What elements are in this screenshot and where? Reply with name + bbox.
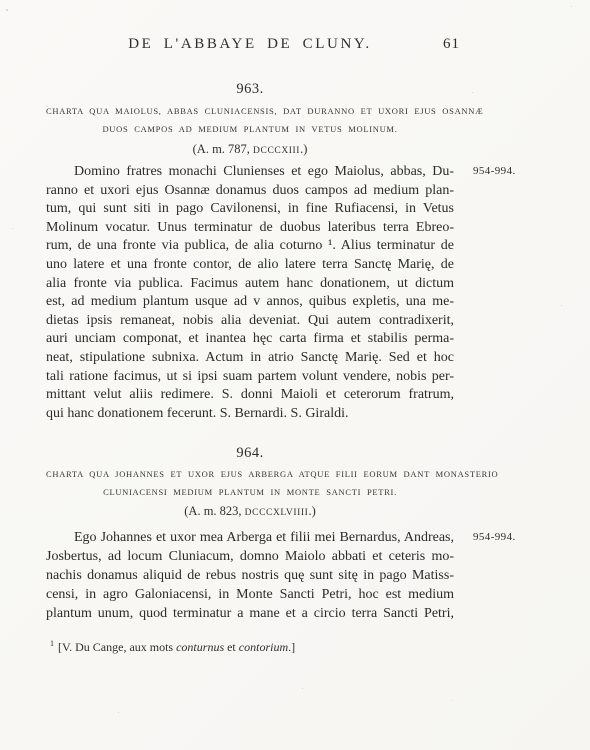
scan-speck [571,6,572,7]
charter-964-number: 964. [46,445,454,462]
charter-964-heading-line: CLUNIACENSI MEDIUM PLANTUM IN MONTE SANC… [46,483,454,501]
page-header: DE L'ABBAYE DE CLUNY. 61 [46,36,454,56]
body-line: Ego Johannes et uxor mea Arberga et fili… [46,528,454,547]
charter-963-heading-line: DUOS CAMPOS AD MEDIUM PLANTUM IN VETUS M… [46,120,454,138]
charter-963-date: (A. m. 787, DCCCXIII.) [46,142,454,157]
body-line: plantum unum, quod terminatur a mane et … [46,604,454,623]
scan-speck [561,305,562,306]
charter-963-heading: CHARTA QUA MAIOLUS, ABBAS CLUNIACENSIS, … [46,102,454,138]
margin-date-note: 954-994. [473,531,516,543]
body-line: uno latere et una fronte contor, de alio… [46,256,454,275]
book-page-scan: DE L'ABBAYE DE CLUNY. 61 963. CHARTA QUA… [0,0,590,750]
footnote-marker: 1 [50,639,54,648]
body-line: auri unciam componat, et inantea hęc car… [46,330,454,349]
body-line: dietas ipsis remaneat, nobis alia deveni… [46,312,454,331]
footnote: 1[V. Du Cange, aux mots conturnus et con… [50,639,295,655]
running-title: DE L'ABBAYE DE CLUNY. [46,36,454,53]
body-line: censi, in agro Galoniacensi, in Monte Sa… [46,585,454,604]
charter-964-heading: CHARTA QUA JOHANNES ET UXOR EJUS ARBERGA… [46,465,454,501]
date-suffix: .) [300,142,307,156]
body-line: rum, de una fronte via publica, de alia … [46,237,454,256]
charter-963-number: 963. [46,81,454,98]
body-line: est, ad medium plantum usque ad v annos,… [46,293,454,312]
charter-964-heading-line: CHARTA QUA JOHANNES ET UXOR EJUS ARBERGA… [46,465,454,483]
body-line: tali ratione facimus, ut si ipsi suam pa… [46,368,454,387]
body-line: qui hanc donationem fecerunt. S. Bernard… [46,405,454,424]
body-line: nachis donamus aliquid de rebus nostris … [46,566,454,585]
scan-speck [472,92,473,93]
page-number: 61 [443,36,460,53]
body-line: Domino fratres monachi Clunienses et ego… [46,163,454,182]
footnote-text-suffix: .] [288,640,295,654]
body-line: alia fronte via publica. Facimus autem h… [46,275,454,294]
charter-964-date: (A. m. 823, DCCCXLVIIII.) [46,504,454,519]
charter-963-body: Domino fratres monachi Clunienses et ego… [46,163,454,423]
body-line: neat, stipulatione subnixa. Actum in atr… [46,349,454,368]
scan-speck [12,228,13,229]
date-prefix: (A. m. 787, [193,142,253,156]
date-suffix: .) [308,504,315,518]
footnote-italic-term: conturnus [176,640,224,654]
date-prefix: (A. m. 823, [184,504,244,518]
date-roman-numeral: DCCCXLVIIII [245,508,309,518]
charter-963-heading-line: CHARTA QUA MAIOLUS, ABBAS CLUNIACENSIS, … [46,102,454,120]
scan-speck [6,9,8,11]
footnote-text-prefix: [V. Du Cange, aux mots [58,640,176,654]
body-line: Molinum vocatur. Unus terminatur de duob… [46,219,454,238]
body-line: tum, qui sunt siti in pago Cavilonensi, … [46,200,454,219]
date-roman-numeral: DCCCXIII [253,146,300,156]
scan-speck [118,712,119,713]
charter-964-body: Ego Johannes et uxor mea Arberga et fili… [46,528,454,623]
body-line: ranno et uxori ejus Osannæ donamus duos … [46,182,454,201]
footnote-text-separator: et [224,640,239,654]
margin-date-note: 954-994. [473,165,516,177]
scan-speck [452,700,453,701]
footnote-italic-term: contorium [239,640,288,654]
scan-speck [302,688,303,689]
body-line: mittant velut aliis redimere. S. donni M… [46,386,454,405]
body-line: Josbertus, ad locum Cluniacum, domno Mai… [46,547,454,566]
